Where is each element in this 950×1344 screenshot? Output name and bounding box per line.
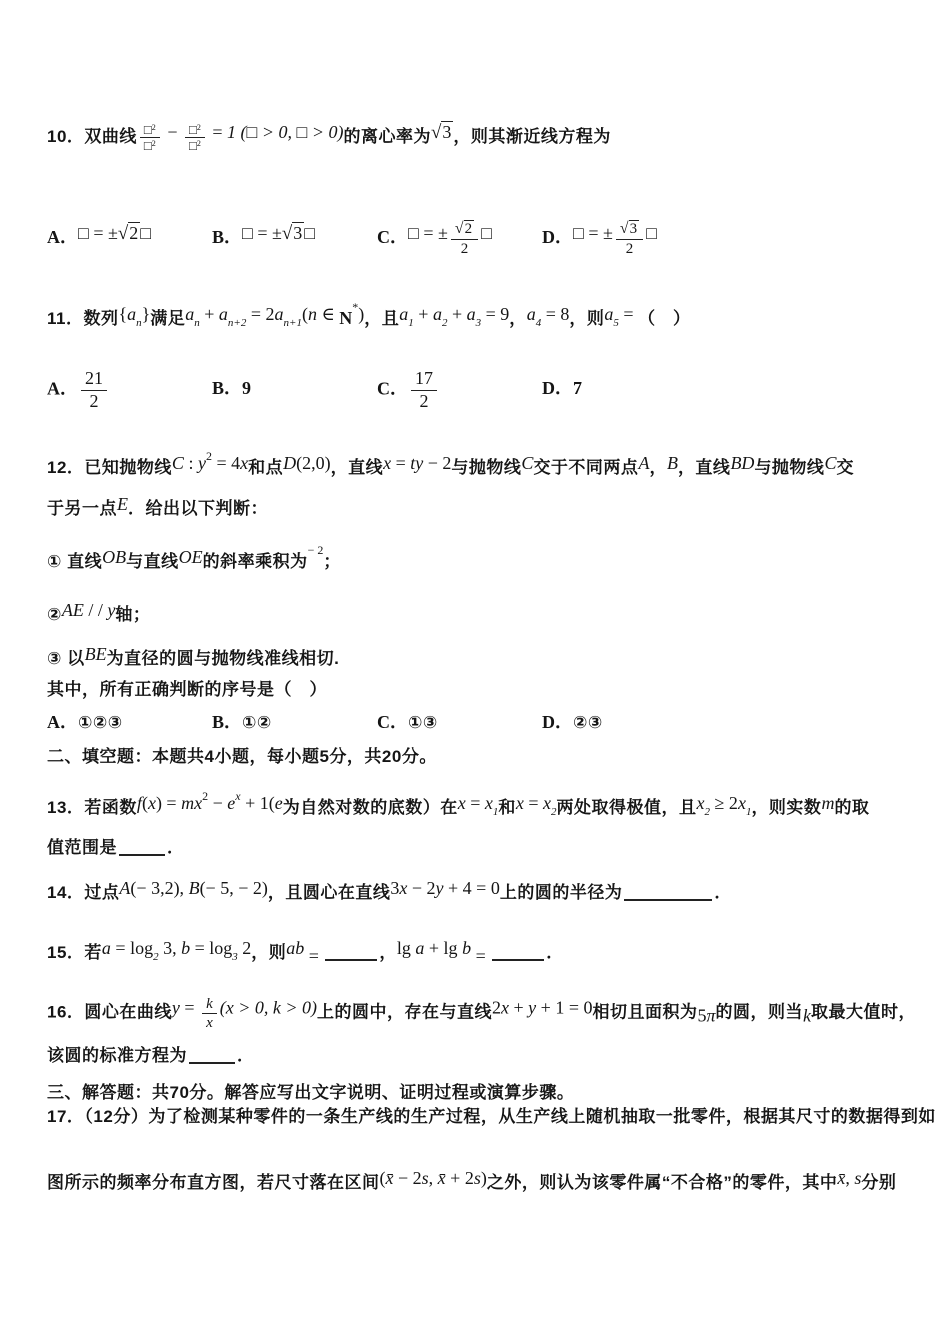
question-10-option-c: C．□ = ±√22□ (377, 220, 542, 258)
text-segment: ， (379, 943, 397, 962)
math-roman-segment: = (180, 998, 199, 1018)
bold-label-segment: 9 (242, 378, 251, 398)
math-italic-segment: □ (408, 223, 419, 243)
math-italic-segment: □ (144, 122, 152, 137)
math-italic-segment: □ (573, 223, 584, 243)
math-italic-segment: x (240, 453, 248, 473)
math-roman-segment: − 2 (423, 453, 451, 473)
math-italic-segment: A (638, 453, 649, 473)
question-10-stem: 10．双曲线□2□2 − □2□2 = 1 (□ > 0, □ > 0)的离心率… (47, 120, 611, 154)
denominator: □2 (185, 137, 205, 154)
text-segment: 上的圆中，存在与直线 (317, 1003, 492, 1022)
text-segment: 轴； (115, 605, 150, 624)
question-11-option-b: B．9 (212, 376, 377, 402)
math-roman-segment: − 2 (407, 878, 435, 898)
question-11-options: A．212 B．9 C．172 D．7 (47, 368, 707, 412)
denominator: 2 (616, 239, 643, 258)
bold-label-segment: A． (47, 227, 78, 247)
text-segment: 交于不同两点 (533, 458, 638, 477)
text-segment: ③ 以 (47, 649, 85, 668)
radical-sign: √ (118, 223, 128, 244)
text-segment: ，直线 (331, 458, 384, 477)
radical-sign: √ (620, 220, 629, 237)
fraction: □2□2 (185, 122, 205, 154)
math-roman-segment: ) = (156, 793, 181, 813)
math-italic-segment: x (206, 1015, 213, 1031)
math-roman-segment: ≥ 2 (710, 793, 738, 813)
math-italic-segment: □ (646, 223, 657, 243)
radical-sign: √ (282, 223, 292, 244)
text-segment: 相切且面积为 (592, 1003, 697, 1022)
text-segment: 14．过点 (47, 883, 119, 902)
radical-sign: √ (431, 122, 441, 143)
question-14: 14．过点A(− 3,2), B(− 5, − 2)，且圆心在直线3x − 2y… (47, 876, 732, 906)
math-italic-segment: x (485, 793, 493, 813)
math-roman-segment: = log (190, 938, 232, 958)
math-italic-segment: a (399, 304, 408, 324)
math-italic-segment: x (543, 793, 551, 813)
math-italic-segment: x (383, 453, 391, 473)
text-segment: ，则 (569, 309, 604, 328)
math-italic-segment: a (185, 304, 194, 324)
math-roman-segment: , (429, 1168, 438, 1188)
math-roman-segment: (2,0) (296, 453, 331, 473)
question-10-options: A．□ = ±√2□ B．□ = ±√3□ C．□ = ±√22□ D．□ = … (47, 220, 707, 258)
math-italic-segment: B (189, 878, 200, 898)
denominator: 2 (411, 390, 437, 413)
text-segment: ． (167, 838, 185, 857)
math-italic-segment: a (275, 304, 284, 324)
section-2-header: 二、填空题：本题共4小题，每小题5分，共20分。 (47, 745, 437, 770)
math-roman-segment: = (524, 793, 543, 813)
math-italic-segment: k (206, 996, 213, 1012)
text-segment: 的取 (834, 798, 869, 817)
text-segment: 与直线 (126, 552, 179, 571)
text-segment: ，且圆心在直线 (268, 883, 391, 902)
math-roman-segment: : (184, 453, 198, 473)
fraction: 212 (81, 368, 107, 412)
superscript-segment: 2 (197, 123, 201, 132)
numerator: □2 (140, 122, 160, 138)
bold-label-segment: N (339, 308, 352, 328)
text-segment: 值范围是 (47, 838, 117, 857)
text-segment: 15．若 (47, 943, 102, 962)
math-italic-segment: □ (481, 223, 492, 243)
math-italic-segment: ty (410, 453, 423, 473)
math-roman-segment: (− 5, − 2) (200, 878, 268, 898)
math-italic-segment: □ (189, 138, 197, 153)
question-12-option-a: A．①②③ (47, 710, 212, 736)
math-italic-segment: a (433, 304, 442, 324)
question-12-stem-line-2: 于另一点E．给出以下判断： (47, 492, 268, 522)
math-roman-segment: ∈ (317, 304, 339, 324)
math-roman-segment: = ± (89, 223, 118, 243)
question-12-option-b: B．①② (212, 710, 377, 736)
question-13-line-1: 13．若函数f(x) = mx2 − ex + 1(e为自然对数的底数）在x =… (47, 784, 869, 824)
math-roman-segment: lg (397, 938, 416, 958)
text-segment: 11．数列 (47, 309, 118, 328)
text-segment: ，且 (364, 309, 399, 328)
text-segment: 与抛物线 (451, 458, 521, 477)
subscript-segment: n+1 (284, 317, 302, 329)
math-italic-segment: π (706, 1006, 715, 1026)
text-segment: 其中，所有正确判断的序号是（ ） (47, 680, 327, 699)
bold-label-segment: C． (377, 227, 408, 247)
math-italic-segment: □ (140, 223, 151, 243)
text-segment: （ ） (638, 309, 691, 328)
text-segment: ①②③ (78, 713, 123, 732)
math-italic-segment: BE (85, 644, 107, 664)
denominator: 2 (451, 239, 478, 258)
answer-blank (189, 1057, 235, 1064)
radical-sign: √ (455, 220, 464, 237)
text-segment: 图所示的频率分布直方图，若尺寸落在区间 (47, 1173, 380, 1192)
bold-label-segment: 7 (573, 378, 582, 398)
text-segment: 与抛物线 (754, 458, 824, 477)
numerator: √3 (616, 220, 643, 239)
math-italic-segment: x (148, 793, 156, 813)
numerator: □2 (185, 122, 205, 138)
text-segment: 12．已知抛物线 (47, 458, 172, 477)
math-italic-segment: b (181, 938, 190, 958)
answer-blank (624, 894, 712, 901)
question-10-option-b: B．□ = ±√3□ (212, 221, 377, 251)
radicand: 3 (629, 220, 640, 237)
math-italic-segment: b (462, 938, 471, 958)
math-roman-segment: + (509, 998, 528, 1018)
math-roman-segment: = 4 (212, 453, 240, 473)
denominator: x (202, 1013, 217, 1032)
text-segment: 17．（12分）为了检测某种零件的一条生产线的生产过程，从生产线上随机抽取一批零… (47, 1107, 936, 1126)
math-roman-segment: = (466, 793, 485, 813)
question-11-stem: 11．数列{an}满足an + an+2 = 2an+1(n ∈ N*)，且a1… (47, 295, 691, 335)
text-segment: ②③ (573, 713, 603, 732)
text-segment: ； (323, 552, 341, 571)
math-roman-segment: + (414, 304, 433, 324)
bold-label-segment: B． (212, 378, 242, 398)
math-italic-segment: C (172, 453, 184, 473)
math-italic-segment: y (528, 998, 536, 1018)
text-segment: 取最大值时， (811, 1003, 916, 1022)
math-roman-segment: } (142, 304, 151, 324)
question-16-line-1: 16．圆心在曲线y = kx(x > 0, k > 0)上的圆中，存在与直线2x… (47, 995, 916, 1032)
math-roman-segment: 3 (390, 878, 399, 898)
math-roman-segment: − (208, 793, 227, 813)
math-italic-segment: D (283, 453, 296, 473)
math-italic-segment: BD (730, 453, 754, 473)
question-11-option-c: C．172 (377, 368, 542, 412)
text-segment: 13．若函数 (47, 798, 137, 817)
fraction: kx (202, 995, 217, 1032)
bold-label-segment: C． (377, 712, 408, 732)
text-segment: 分别 (861, 1173, 896, 1192)
question-12-options: A．①②③ B．①② C．①③ D．②③ (47, 710, 707, 736)
math-roman-segment: 2 (238, 938, 252, 958)
math-roman-segment: + lg (424, 938, 462, 958)
text-segment: ，则实数 (751, 798, 821, 817)
text-segment: 16．圆心在曲线 (47, 1003, 172, 1022)
question-10-option-d: D．□ = ±√32□ (542, 220, 707, 258)
bold-label-segment: C． (377, 378, 408, 398)
numerator: k (202, 995, 217, 1013)
question-11-option-a: A．212 (47, 368, 212, 412)
math-roman-segment: 2 (90, 391, 99, 411)
text-segment: ． (237, 1046, 255, 1065)
text-segment: ．给出以下判断： (128, 499, 268, 518)
math-italic-segment: x (516, 793, 524, 813)
math-italic-segment: □ (144, 138, 152, 153)
math-roman-segment: = 2 (246, 304, 274, 324)
question-13-line-2: 值范围是． (47, 836, 185, 861)
text-segment: 满足 (150, 309, 185, 328)
math-italic-segment: E (117, 494, 128, 514)
math-roman-segment: = (208, 122, 227, 142)
math-italic-segment: k (803, 1006, 811, 1026)
math-roman-segment: 2 (492, 998, 501, 1018)
text-segment: 10．双曲线 (47, 127, 137, 146)
text-segment: 的离心率为 (344, 127, 432, 146)
math-roman-segment: = ± (253, 223, 282, 243)
math-roman-segment: = ± (584, 223, 613, 243)
math-italic-segment: s (422, 1168, 429, 1188)
square-root: √2 (118, 223, 140, 243)
section-3-header: 三、解答题：共70分。解答应写出文字说明、证明过程或演算步骤。 (47, 1081, 574, 1106)
text-segment: ① 直线 (47, 552, 102, 571)
square-root: √3 (620, 221, 639, 237)
text-segment: 的斜率乘积为 (203, 552, 308, 571)
math-roman-segment: + (200, 304, 219, 324)
question-12-judgment-3: ③ 以BE为直径的圆与抛物线准线相切. (47, 642, 339, 672)
text-segment: 为自然对数的底数）在 (283, 798, 458, 817)
math-italic-segment: y (172, 998, 180, 1018)
math-italic-segment: x (458, 793, 466, 813)
math-roman-segment: 21 (85, 368, 103, 388)
square-root: √3 (431, 122, 453, 142)
superscript-segment: 2 (152, 123, 156, 132)
bold-label-segment: D． (542, 378, 573, 398)
text-segment: ①② (242, 713, 272, 732)
math-italic-segment: e (275, 793, 283, 813)
answer-blank (119, 849, 165, 856)
math-roman-segment: = log (111, 938, 153, 958)
text-segment: ，直线 (678, 458, 731, 477)
math-roman-segment: + 4 = 0 (444, 878, 500, 898)
math-italic-segment: □ (304, 223, 315, 243)
denominator: 2 (81, 390, 107, 413)
math-italic-segment: A (119, 878, 130, 898)
numerator: 21 (81, 368, 107, 390)
text-segment: ． (546, 943, 564, 962)
math-italic-segment: m (821, 793, 834, 813)
superscript-segment: 2 (152, 139, 156, 148)
square-root: √2 (455, 221, 474, 237)
text-segment: 上的圆的半径为 (500, 883, 623, 902)
math-italic-segment: C (521, 453, 533, 473)
math-italic-segment: a (102, 938, 111, 958)
text-segment: 于另一点 (47, 499, 117, 518)
math-italic-segment: x (738, 793, 746, 813)
question-17-line-2: 图所示的频率分布直方图，若尺寸落在区间(x̄ − 2s, x̄ + 2s)之外，… (47, 1166, 896, 1196)
math-roman-segment: = (391, 453, 410, 473)
radicand: 3 (292, 222, 304, 243)
math-roman-segment: − 2 (394, 1168, 422, 1188)
text-segment: 该圆的标准方程为 (47, 1046, 187, 1065)
math-italic-segment: AE (62, 600, 84, 620)
numerator: 17 (411, 368, 437, 390)
math-italic-segment: B (667, 453, 678, 473)
math-italic-segment: x̄ (386, 1168, 394, 1188)
math-italic-segment: y (198, 453, 206, 473)
subscript-segment: n+2 (228, 317, 246, 329)
bold-label-segment: A． (47, 378, 78, 398)
text-segment: 和点 (248, 458, 283, 477)
bold-label-segment: D． (542, 712, 573, 732)
math-italic-segment: (x > 0, k > 0) (220, 998, 317, 1018)
math-italic-segment: □ (242, 223, 253, 243)
superscript-segment: − 2 (308, 543, 324, 557)
question-15: 15．若a = log2 3, b = log3 2，则ab = ，lg a +… (47, 936, 564, 969)
text-segment: 交 (836, 458, 854, 477)
question-11-option-d: D．7 (542, 376, 707, 402)
bold-label-segment: D． (542, 227, 573, 247)
math-italic-segment: a (467, 304, 476, 324)
text-segment: 三、解答题：共70分。解答应写出文字说明、证明过程或演算步骤。 (47, 1083, 574, 1102)
question-12-option-c: C．①③ (377, 710, 542, 736)
math-roman-segment: = (471, 946, 490, 966)
math-italic-segment: □ (78, 223, 89, 243)
radicand: 2 (128, 222, 140, 243)
math-roman-segment: + (447, 304, 466, 324)
question-12-option-d: D．②③ (542, 710, 707, 736)
fraction: 172 (411, 368, 437, 412)
text-segment: 和 (498, 798, 516, 817)
question-12-judgment-1: ① 直线OB与直线OE的斜率乘积为− 2； (47, 538, 341, 575)
math-italic-segment: OE (179, 547, 203, 567)
math-roman-segment: + 1( (241, 793, 275, 813)
math-italic-segment: a (219, 304, 228, 324)
text-segment: ，则其渐近线方程为 (453, 127, 611, 146)
fraction: √22 (451, 220, 478, 258)
math-italic-segment: OB (102, 547, 126, 567)
math-italic-segment: s (474, 1168, 481, 1188)
math-roman-segment: + 1 = 0 (536, 998, 592, 1018)
math-italic-segment: □ (189, 122, 197, 137)
math-roman-segment: , (845, 1168, 854, 1188)
math-roman-segment: 2 (461, 241, 469, 257)
denominator: □2 (140, 137, 160, 154)
fraction: □2□2 (140, 122, 160, 154)
math-roman-segment: = (619, 304, 638, 324)
math-italic-segment: x̄ (438, 1168, 446, 1188)
numerator: √2 (451, 220, 478, 239)
math-italic-segment: x (697, 793, 705, 813)
math-italic-segment: y (436, 878, 444, 898)
question-12-stem-line-1: 12．已知抛物线C : y2 = 4x和点D(2,0)，直线x = ty − 2… (47, 444, 854, 481)
math-roman-segment: = 8 (541, 304, 569, 324)
text-segment: ， (649, 458, 667, 477)
math-italic-segment: n (308, 304, 317, 324)
text-segment: ①③ (408, 713, 438, 732)
question-17-line-1: 17．（12分）为了检测某种零件的一条生产线的生产过程，从生产线上随机抽取一批零… (47, 1105, 936, 1130)
math-roman-segment: (− 3,2), (130, 878, 188, 898)
math-roman-segment: 3, (159, 938, 182, 958)
superscript-segment: 2 (197, 139, 201, 148)
math-italic-segment: C (824, 453, 836, 473)
radicand: 2 (464, 220, 475, 237)
answer-blank (325, 954, 377, 961)
math-italic-segment: a (527, 304, 536, 324)
math-italic-segment: x (501, 998, 509, 1018)
text-segment: 的圆，则当 (716, 1003, 804, 1022)
text-segment: ， (509, 309, 527, 328)
text-segment: 为直径的圆与抛物线准线相切. (107, 649, 340, 668)
text-segment: ． (714, 883, 732, 902)
bold-label-segment: A． (47, 712, 78, 732)
text-segment: 两处取得极值，且 (557, 798, 697, 817)
math-roman-segment: = (304, 946, 323, 966)
question-16-line-2: 该圆的标准方程为． (47, 1044, 255, 1069)
exam-page: 10．双曲线□2□2 − □2□2 = 1 (□ > 0, □ > 0)的离心率… (0, 0, 950, 1344)
text-segment: ，则 (251, 943, 286, 962)
math-italic-segment: ab (286, 938, 304, 958)
answer-blank (492, 954, 544, 961)
math-roman-segment: 2 (626, 241, 634, 257)
math-italic-segment: mx (181, 793, 202, 813)
question-12-judgment-2: ②AE / / y轴； (47, 598, 150, 628)
math-italic-segment: 1 (□ > 0, □ > 0) (227, 122, 344, 142)
text-segment: 之外，则认为该零件属“不合格”的零件，其中 (487, 1173, 838, 1192)
math-roman-segment: = 9 (481, 304, 509, 324)
square-root: √3 (282, 223, 304, 243)
math-roman-segment: { (118, 304, 127, 324)
radicand: 3 (441, 121, 453, 142)
question-12-conclusion: 其中，所有正确判断的序号是（ ） (47, 678, 327, 703)
text-segment: ② (47, 605, 62, 624)
text-segment: 二、填空题：本题共4小题，每小题5分，共20分。 (47, 747, 437, 766)
fraction: √32 (616, 220, 643, 258)
math-roman-segment: = ± (419, 223, 448, 243)
bold-label-segment: B． (212, 227, 242, 247)
math-roman-segment: 2 (420, 391, 429, 411)
math-italic-segment: a (127, 304, 136, 324)
math-roman-segment: / / (84, 600, 108, 620)
math-roman-segment: − (163, 122, 182, 142)
math-roman-segment: 17 (415, 368, 433, 388)
bold-label-segment: B． (212, 712, 242, 732)
math-roman-segment: + 2 (446, 1168, 474, 1188)
question-10-option-a: A．□ = ±√2□ (47, 221, 212, 251)
